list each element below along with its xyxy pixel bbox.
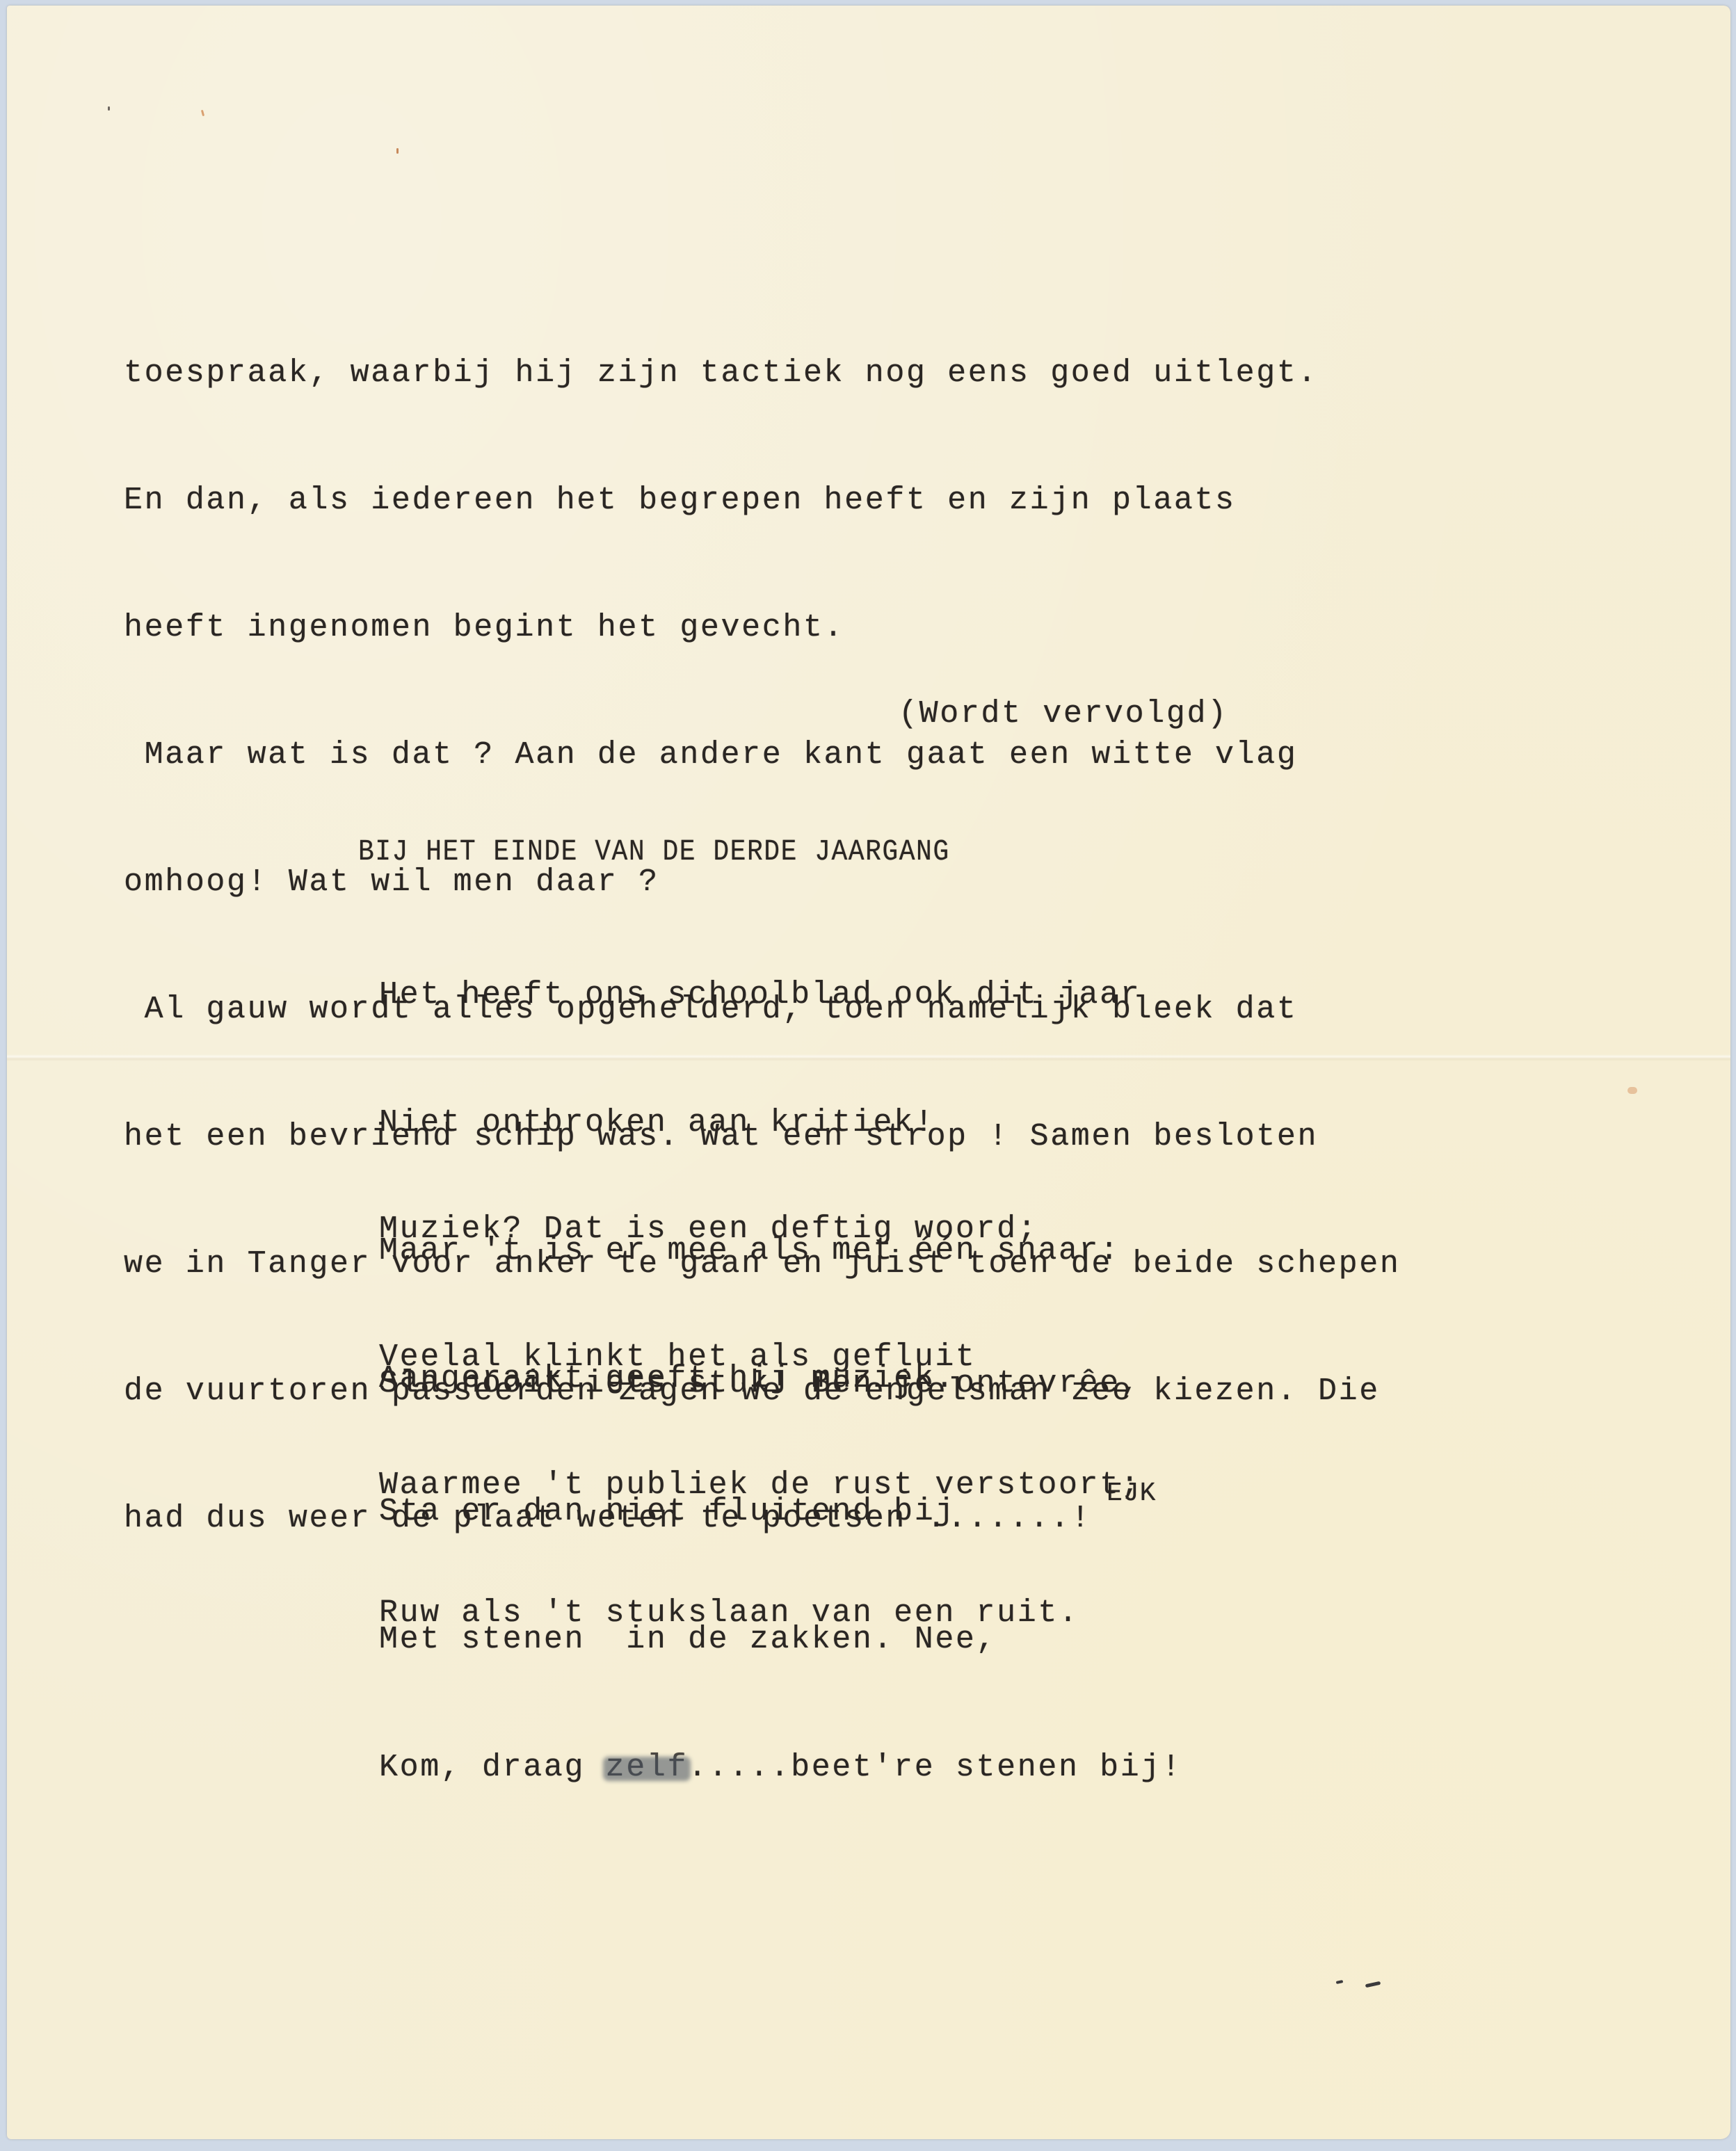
poem-line: Het heeft ons schoolblad ook dit jaar bbox=[379, 974, 1141, 1017]
poem-stanza-3: Sla nooit iets stuk! Ben je ontevrêe, St… bbox=[379, 1278, 1182, 1874]
poem-final-line: Kom, draag zelf.....beet're stenen bij! bbox=[379, 1746, 1182, 1789]
story-line: En dan, als iedereen het begrepen heeft … bbox=[124, 479, 1400, 522]
paper-stain bbox=[396, 148, 399, 154]
poem-line: Met stenen in de zakken. Nee, bbox=[379, 1618, 1182, 1661]
poem-line: Muziek? Dat is een deftig woord; bbox=[379, 1208, 1141, 1251]
story-line: toespraak, waarbij hij zijn tactiek nog … bbox=[124, 352, 1400, 394]
poem-title: BIJ HET EINDE VAN DE DERDE JAARGANG bbox=[358, 828, 950, 876]
stray-ink-mark bbox=[1336, 1980, 1344, 1984]
document-page: toespraak, waarbij hij zijn tactiek nog … bbox=[7, 6, 1730, 2139]
paper-stain bbox=[1627, 1087, 1637, 1094]
to-be-continued-note: (Wordt vervolgd) bbox=[899, 693, 1228, 735]
struck-out-word: zelf bbox=[606, 1750, 688, 1785]
author-initials: EJK bbox=[1107, 1472, 1156, 1515]
poem-line-start: Kom, draag bbox=[379, 1750, 606, 1785]
stray-ink-mark bbox=[1365, 1981, 1381, 1988]
poem-line-end: .....beet're stenen bij! bbox=[688, 1750, 1182, 1785]
paper-speck bbox=[108, 106, 110, 111]
story-line: heeft ingenomen begint het gevecht. bbox=[124, 606, 1400, 649]
story-line: Maar wat is dat ? Aan de andere kant gaa… bbox=[124, 734, 1400, 776]
paper-stain bbox=[201, 110, 204, 116]
poem-line: Sta er dan niet fluitend bij bbox=[379, 1490, 1182, 1533]
poem-line: Sla nooit iets stuk! Ben je ontevrêe, bbox=[379, 1362, 1182, 1405]
